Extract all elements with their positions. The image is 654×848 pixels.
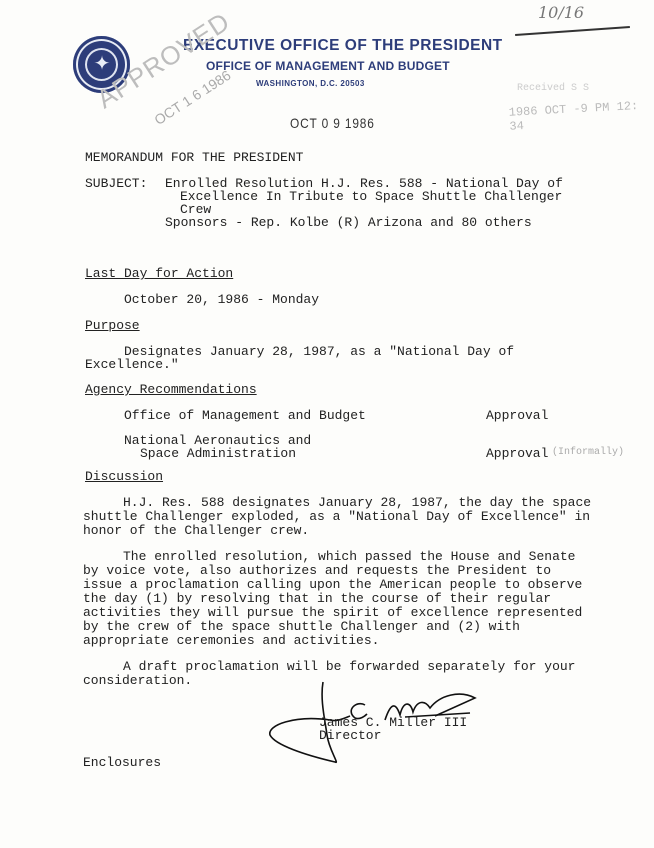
discussion-heading: Discussion — [85, 470, 163, 484]
discussion-p2-l2: by voice vote, also authorizes and reque… — [83, 564, 591, 578]
received-stamp-label: Received S S — [517, 83, 589, 94]
letterhead-line-3: WASHINGTON, D.C. 20503 — [256, 79, 365, 88]
sponsors: Sponsors - Rep. Kolbe (R) Arizona and 80… — [165, 216, 532, 230]
memo-date-stamp: OCT 0 9 1986 — [290, 115, 375, 131]
letterhead-line-2: OFFICE OF MANAGEMENT AND BUDGET — [206, 59, 450, 73]
agency-omb-recommendation: Approval — [486, 409, 548, 423]
agency-omb: Office of Management and Budget — [124, 409, 366, 423]
last-day-heading: Last Day for Action — [85, 267, 233, 281]
agency-nasa-recommendation: Approval — [486, 447, 548, 461]
handwritten-line — [515, 26, 630, 36]
eagle-icon: ✦ — [92, 52, 112, 74]
discussion-body: H.J. Res. 588 designates January 28, 198… — [83, 496, 591, 688]
discussion-p1-l3: honor of the Challenger crew. — [83, 524, 591, 538]
memo-to: MEMORANDUM FOR THE PRESIDENT — [85, 151, 303, 165]
purpose-line-2: Excellence." — [85, 358, 179, 372]
discussion-p1-l2: shuttle Challenger exploded, as a "Natio… — [83, 510, 591, 524]
last-day-text: October 20, 1986 - Monday — [124, 293, 319, 307]
discussion-p2-l7: appropriate ceremonies and activities. — [83, 634, 591, 648]
discussion-p3-l1: A draft proclamation will be forwarded s… — [83, 660, 591, 674]
letterhead-line-1: EXECUTIVE OFFICE OF THE PRESIDENT — [183, 37, 503, 55]
discussion-p2-l4: the day (1) by resolving that in the cou… — [83, 592, 591, 606]
signer-title: Director — [319, 729, 381, 743]
discussion-p2-l3: issue a proclamation calling upon the Am… — [83, 578, 591, 592]
agency-nasa-note: (Informally) — [552, 446, 624, 460]
discussion-p2-l5: activities they will pursue the spirit o… — [83, 606, 591, 620]
discussion-p2-l1: The enrolled resolution, which passed th… — [83, 550, 591, 564]
purpose-heading: Purpose — [85, 319, 140, 333]
purpose-line-1: Designates January 28, 1987, as a "Natio… — [124, 345, 514, 359]
agency-nasa-line-2: Space Administration — [140, 447, 296, 461]
discussion-p1-l1: H.J. Res. 588 designates January 28, 198… — [83, 496, 591, 510]
discussion-p2-l6: by the crew of the space shuttle Challen… — [83, 620, 591, 634]
subject-label: SUBJECT: — [85, 177, 147, 191]
agency-heading: Agency Recommendations — [85, 383, 257, 397]
handwritten-date: 10/16 — [538, 3, 584, 22]
received-stamp-datetime: 1986 OCT -9 PM 12: 34 — [508, 98, 654, 134]
enclosures: Enclosures — [83, 756, 161, 770]
subject-line-2: Excellence In Tribute to Space Shuttle C… — [180, 190, 562, 204]
